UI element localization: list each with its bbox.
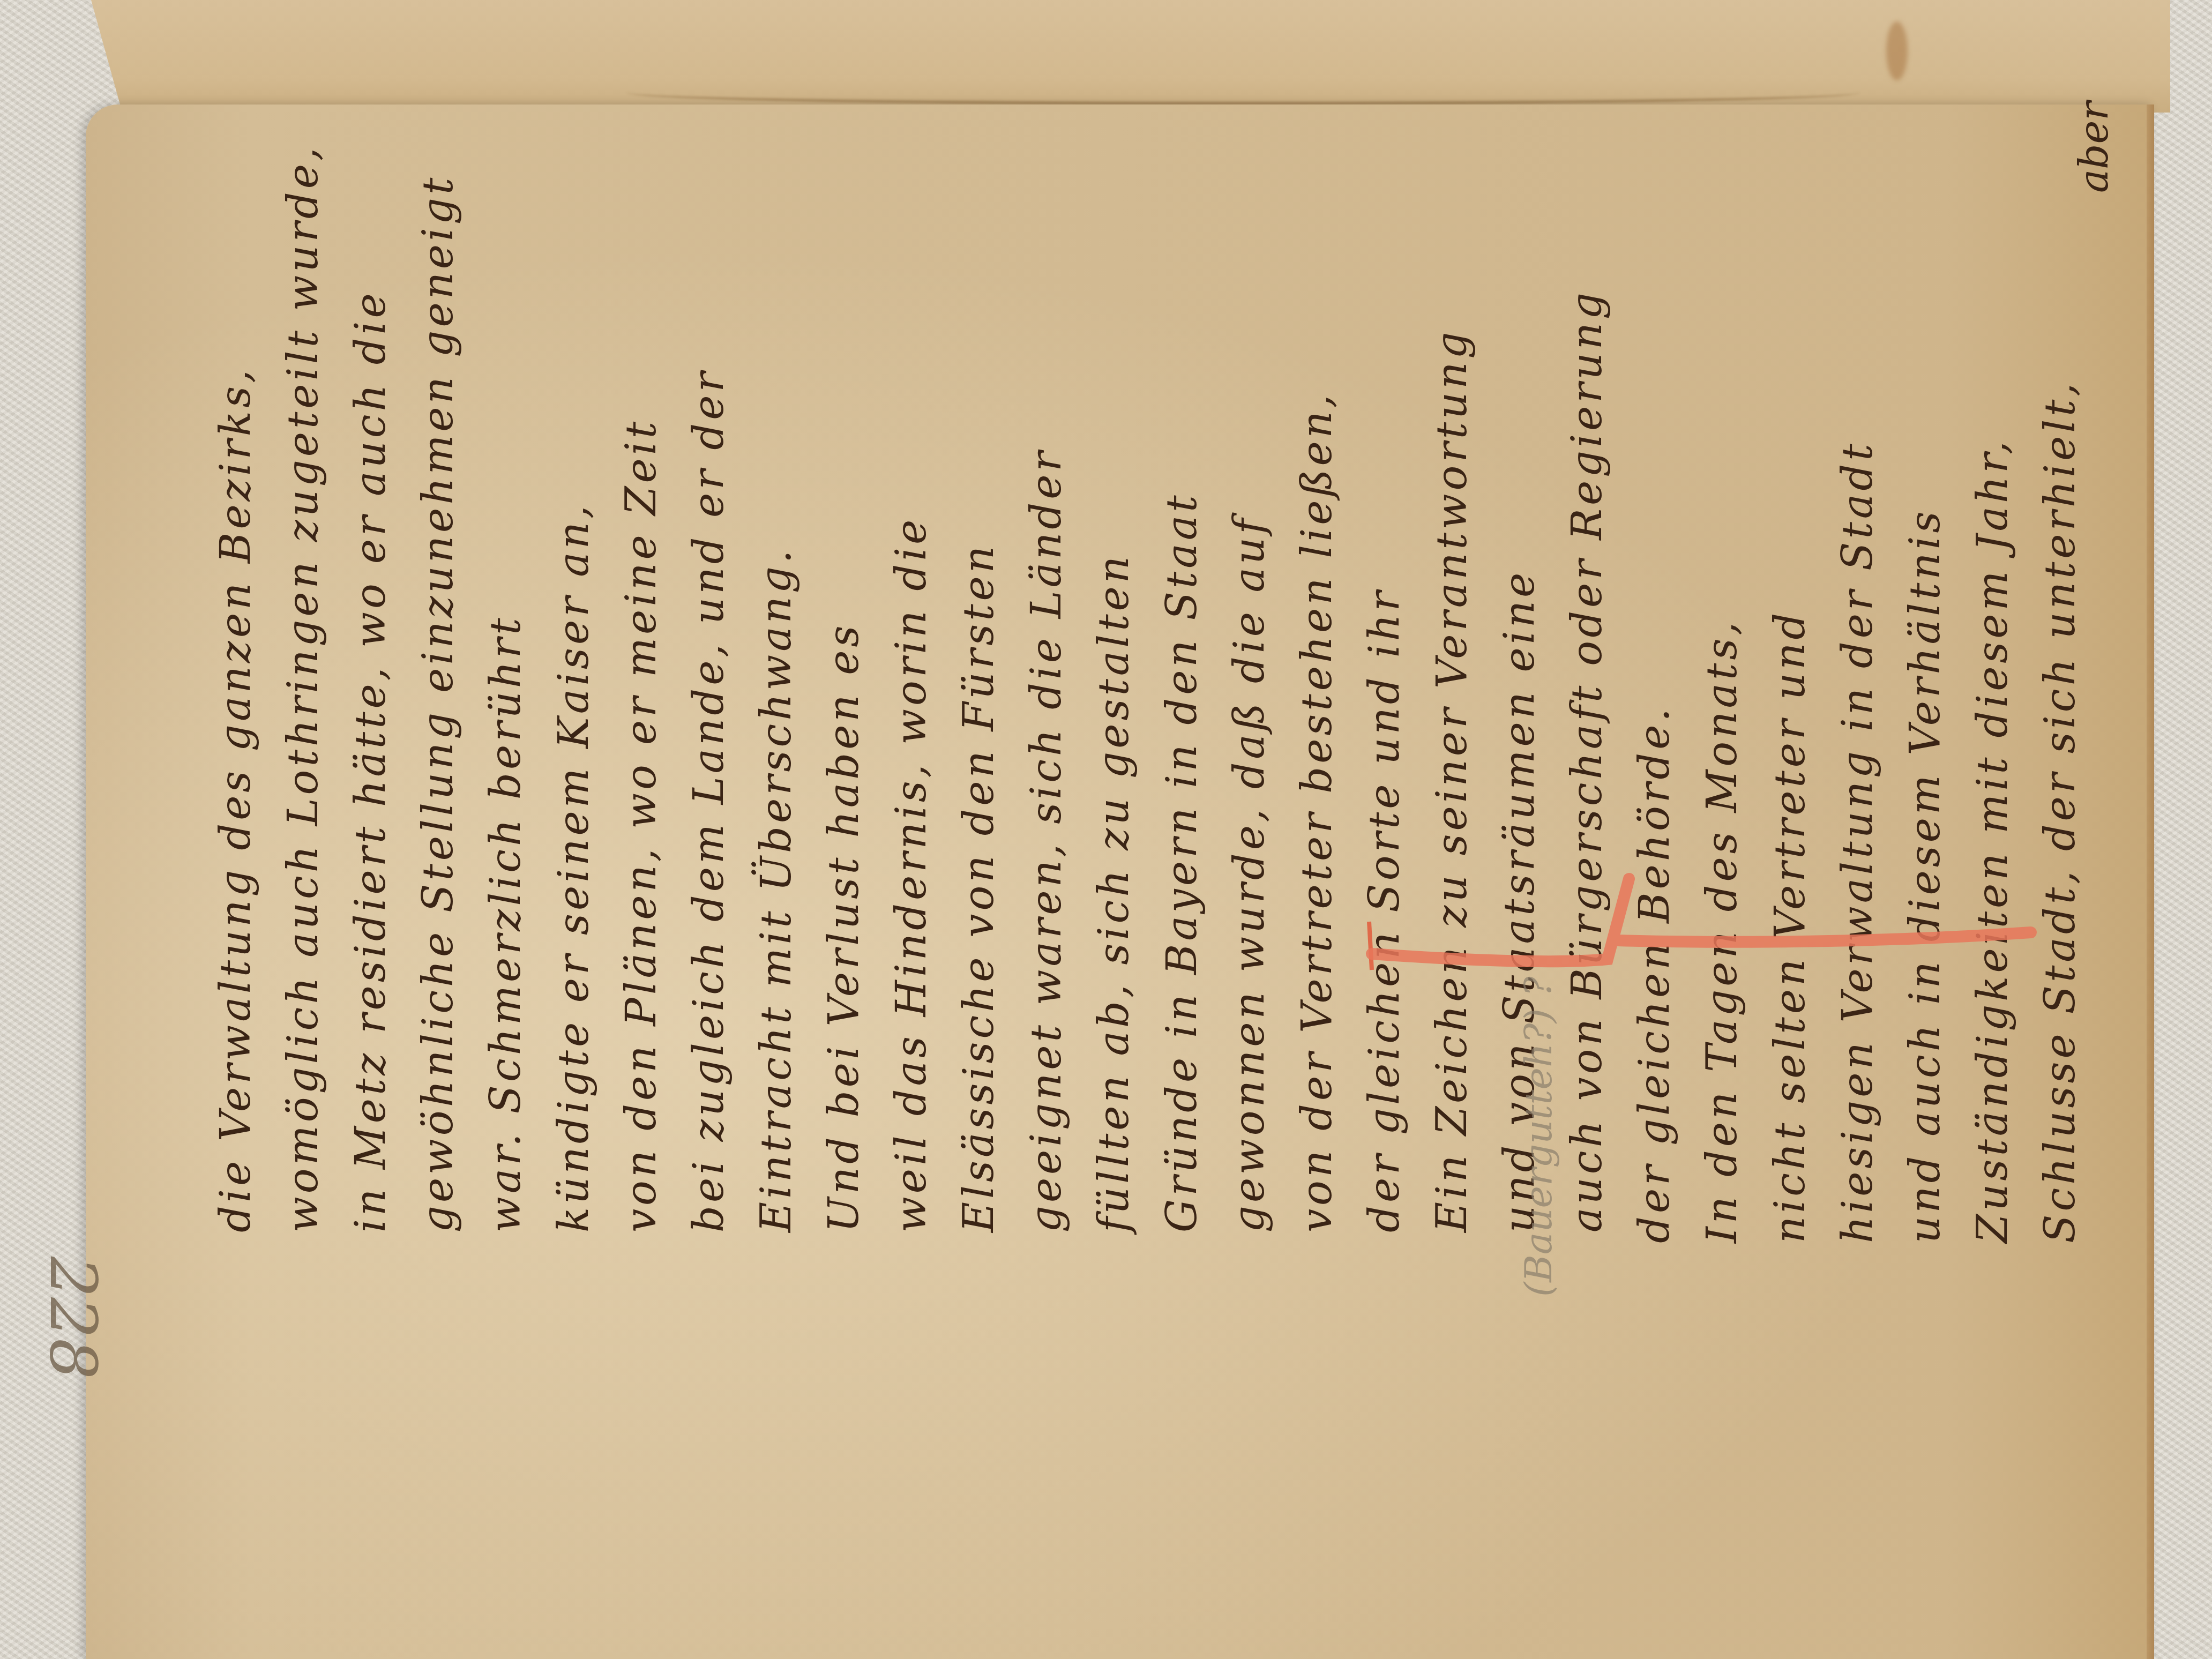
red-crayon-bracket xyxy=(0,0,2212,1659)
